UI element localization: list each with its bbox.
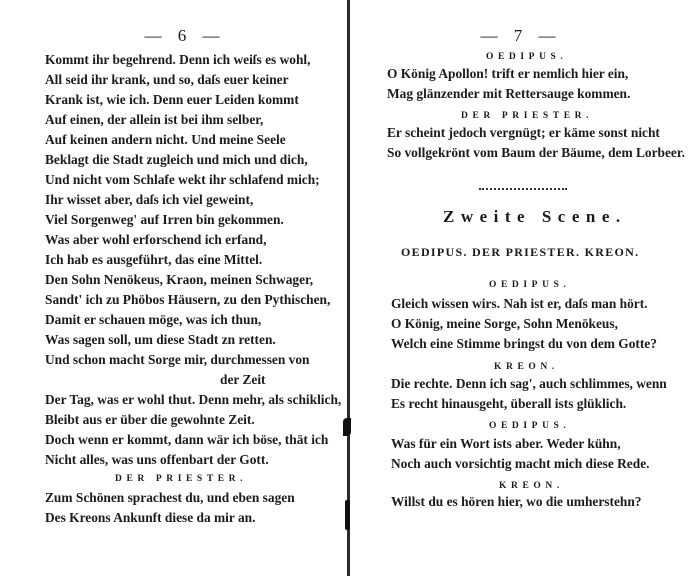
page-number: — 7 —	[476, 26, 566, 46]
verse-line: So vollgekrönt vom Baum der Bäume, dem L…	[387, 145, 685, 161]
verse-line: Beklagt die Stadt zugleich und mich und …	[45, 152, 308, 168]
verse-line: Gleich wissen wirs. Nah ist er, daſs man…	[391, 296, 648, 312]
verse-line: Des Kreons Ankunft diese da mir an.	[45, 510, 255, 526]
verse-line: O König Apollon! trift er nemlich hier e…	[387, 66, 628, 82]
verse-line: Den Sohn Nenökeus, Kraon, meinen Schwage…	[45, 272, 313, 288]
page-number: — 6 —	[140, 26, 230, 46]
verse-line: Bleibt aus er über die gewohnte Zeit.	[45, 412, 255, 428]
speaker-heading: KREON.	[499, 481, 564, 491]
verse-line: Die rechte. Denn ich sag', auch schlimme…	[391, 376, 667, 392]
verse-line: Welch eine Stimme bringst du von dem Got…	[391, 336, 657, 352]
verse-line: Kommt ihr begehrend. Denn ich weiſs es w…	[45, 52, 310, 68]
scene-title: Zweite Scene.	[443, 207, 627, 227]
binding-mark	[345, 500, 350, 530]
left-page: — 6 — Kommt ihr begehrend. Denn ich weiſ…	[0, 0, 347, 576]
verse-line: Der Tag, was er wohl thut. Denn mehr, al…	[45, 392, 341, 408]
cast-list: OEDIPUS. DER PRIESTER. KREON.	[401, 245, 639, 260]
speaker-heading: OEDIPUS.	[489, 421, 570, 431]
speaker-heading: OEDIPUS.	[486, 52, 567, 62]
verse-line: Es recht hinausgeht, überall ists glükli…	[391, 396, 626, 412]
speaker-heading: DER PRIESTER.	[461, 111, 593, 121]
speaker-heading: KREON.	[494, 362, 559, 372]
book-gutter	[347, 0, 350, 576]
verse-line-runover: der Zeit	[220, 372, 266, 388]
verse-line: Ihr wisset aber, daſs ich viel geweint,	[45, 192, 253, 208]
verse-line: Er scheint jedoch vergnügt; er käme sons…	[387, 125, 660, 141]
verse-line: Nicht alles, was uns offenbart der Gott.	[45, 452, 269, 468]
verse-line: Auf keinen andern nicht. Und meine Seele	[45, 132, 286, 148]
verse-line: Mag glänzender mit Rettersauge kommen.	[387, 86, 630, 102]
verse-line: Und nicht vom Schlafe wekt ihr schlafend…	[45, 172, 320, 188]
verse-line: Auf einen, der allein ist bei ihm selber…	[45, 112, 263, 128]
verse-line: Viel Sorgenweg' auf Irren bin gekommen.	[45, 212, 284, 228]
speaker-heading: DER PRIESTER.	[115, 474, 247, 484]
verse-line: Was für ein Wort ists aber. Weder kühn,	[391, 436, 621, 452]
verse-line: Und schon macht Sorge mir, durchmessen v…	[45, 352, 310, 368]
verse-line: Was sagen soll, um diese Stadt zn retten…	[45, 332, 276, 348]
verse-line: Krank ist, wie ich. Denn euer Leiden kom…	[45, 92, 299, 108]
right-page: — 7 — OEDIPUS. O König Apollon! trift er…	[351, 0, 698, 576]
verse-line: Was aber wohl erforschend ich erfand,	[45, 232, 266, 248]
verse-line: Sandt' ich zu Phöbos Häusern, zu den Pyt…	[45, 292, 330, 308]
verse-line: Damit er schauen möge, was ich thun,	[45, 312, 261, 328]
verse-line: O König, meine Sorge, Sohn Menökeus,	[391, 316, 618, 332]
verse-line: Noch auch vorsichtig macht mich diese Re…	[391, 456, 650, 472]
verse-line: Zum Schönen sprachest du, und eben sagen	[45, 490, 295, 506]
verse-line: Ich hab es ausgeführt, das eine Mittel.	[45, 252, 262, 268]
verse-line: Willst du es hören hier, wo die umherste…	[391, 494, 642, 510]
binding-mark	[343, 418, 351, 436]
verse-line: All seid ihr krank, und so, daſs euer ke…	[45, 72, 289, 88]
section-divider	[479, 186, 567, 190]
speaker-heading: OEDIPUS.	[489, 280, 570, 290]
verse-line: Doch wenn er kommt, dann wär ich böse, t…	[45, 432, 328, 448]
